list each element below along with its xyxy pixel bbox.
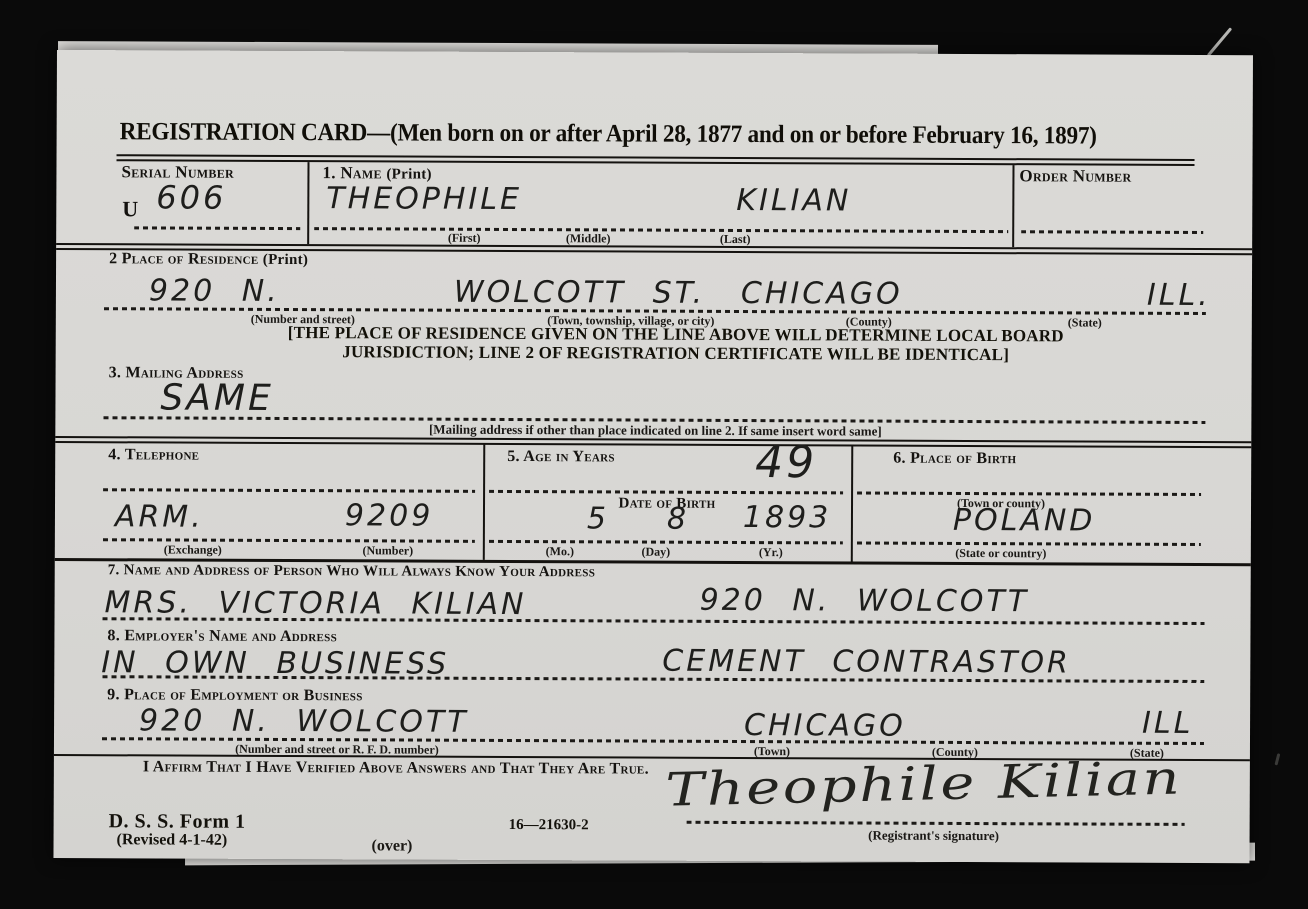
contact-label: 7. Name and Address of Person Who Will A… <box>108 562 595 581</box>
name-label-suffix: (Print) <box>386 166 431 182</box>
residence-street-value: 920 N. <box>149 276 280 307</box>
sub-day: (Day) <box>641 545 670 560</box>
telephone-exchange-value: ARM. <box>115 502 204 532</box>
birthplace-value: POLAND <box>953 506 1096 537</box>
dob-year-value: 1893 <box>743 503 831 533</box>
pen-mark-top-right <box>1207 27 1232 57</box>
sub-exchange: (Exchange) <box>164 542 222 557</box>
form-number: D. S. S. Form 1 <box>109 810 246 834</box>
sub-number: (Number) <box>362 543 413 558</box>
sub-yr: (Yr.) <box>759 545 783 560</box>
contact-dotted-line <box>103 617 1205 625</box>
mailing-bottom-rule <box>55 436 1251 448</box>
serial-value: 606 <box>156 181 226 213</box>
name-dotted-line <box>314 227 1008 233</box>
dob-month-value: 5 <box>587 504 609 534</box>
registrant-signature: Theophile Kilian <box>665 751 1183 817</box>
serial-prefix: U <box>122 196 138 222</box>
residence-label-suffix: (Print) <box>263 252 308 268</box>
title-rule <box>117 154 1195 166</box>
row1-divider-right <box>1012 165 1014 247</box>
telephone-dotted-line-2 <box>103 538 475 543</box>
card-title-paren: (Men born on or after April 28, 1877 and… <box>390 119 1097 149</box>
residence-county-value: CHICAGO <box>741 279 903 310</box>
form-code: 16—21630-2 <box>509 817 589 834</box>
contact-address-value: 920 N. WOLCOTT <box>700 586 1030 617</box>
age-dotted-line <box>489 490 843 495</box>
signature-sub: (Registrant's signature) <box>868 828 999 845</box>
residence-label: 2 Place of Residence (Print) <box>109 250 308 269</box>
form-over: (over) <box>371 837 412 855</box>
sub-mo: (Mo.) <box>546 544 574 559</box>
sub-first: (First) <box>448 231 481 246</box>
order-number-label: Order Number <box>1019 166 1131 186</box>
telephone-number-value: 9209 <box>345 501 433 531</box>
employment-town-value: CHICAGO <box>744 711 906 742</box>
age-value: 49 <box>755 441 817 485</box>
employment-state-value: ILL <box>1142 709 1193 739</box>
residence-label-text: 2 Place of Residence <box>109 250 258 268</box>
residence-note-line2: JURISDICTION; LINE 2 OF REGISTRATION CER… <box>342 342 1009 365</box>
mid-divider-right <box>851 445 854 561</box>
signature-dotted-line <box>687 821 1185 826</box>
affirmation-text: I Affirm That I Have Verified Above Answ… <box>143 758 649 778</box>
name-label-text: 1. Name <box>322 163 381 182</box>
card-title-main: REGISTRATION CARD— <box>120 118 390 146</box>
employer-right-value: CEMENT CONTRASTOR <box>662 647 1071 679</box>
card-title: REGISTRATION CARD—(Men born on or after … <box>120 118 1097 150</box>
row1-divider-left <box>307 162 309 244</box>
form-revised: (Revised 4-1-42) <box>117 831 228 849</box>
sub-state-country: (State or country) <box>955 546 1046 561</box>
employer-label: 8. Employer's Name and Address <box>107 627 337 646</box>
name-first-value: THEOPHILE <box>326 184 522 215</box>
contact-name-value: MRS. VICTORIA KILIAN <box>105 588 527 620</box>
age-label: 5. Age in Years <box>507 448 615 466</box>
mid-divider-left <box>483 444 486 560</box>
residence-state-value: ILL. <box>1147 281 1211 311</box>
sub-middle: (Middle) <box>566 231 611 246</box>
pen-mark-right-margin <box>1274 753 1280 765</box>
sub-last: (Last) <box>720 232 751 247</box>
employment-street-value: 920 N. WOLCOTT <box>139 706 469 737</box>
telephone-dotted-line-1 <box>103 488 475 493</box>
mailing-value: SAME <box>160 380 273 416</box>
residence-town-value: WOLCOTT ST. <box>454 278 705 309</box>
dob-day-value: 8 <box>667 505 689 535</box>
order-dotted-line <box>1021 230 1203 234</box>
name-last-value: KILIAN <box>736 186 851 217</box>
telephone-label: 4. Telephone <box>108 446 199 464</box>
sub-state: (State) <box>1068 315 1102 330</box>
birthplace-label: 6. Place of Birth <box>893 450 1016 469</box>
serial-dotted-line <box>134 226 300 230</box>
registration-card: REGISTRATION CARD—(Men born on or after … <box>53 50 1253 863</box>
